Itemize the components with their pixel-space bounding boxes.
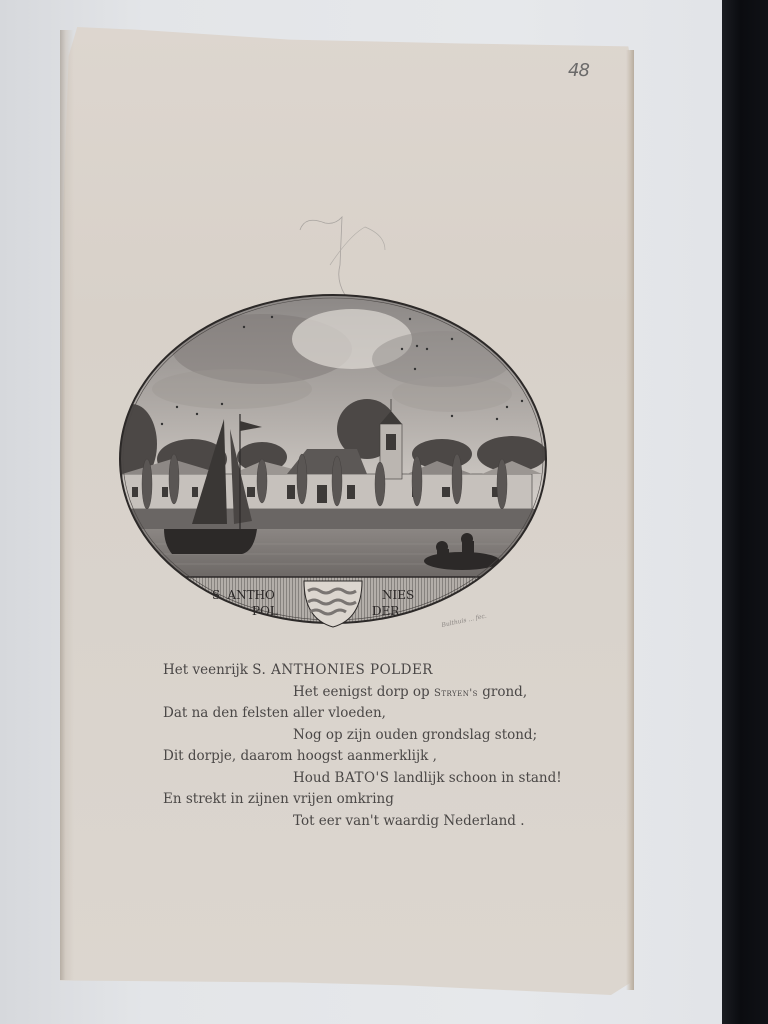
poem-text-fragment: Tot eer van't waardig Nederland .	[293, 813, 525, 829]
sheet-left-edge	[60, 30, 74, 980]
poem-line-5: Dit dorpje, daarom hoogst aanmerklijk ,	[163, 746, 603, 768]
poem-line-1: Het veenrijk S. ANTHONIES POLDER	[163, 660, 603, 682]
poem-text-fragment: Dit dorpje, daarom hoogst aanmerklijk ,	[163, 748, 437, 764]
cartouche-text-right-top: NIES	[382, 588, 414, 602]
cartouche-text-right-bottom: DER	[372, 604, 400, 618]
poem-text-fragment: Het veenrijk	[163, 662, 252, 678]
poem-line-3: Dat na den felsten aller vloeden,	[163, 703, 603, 725]
poem-line-8: Tot eer van't waardig Nederland .	[163, 811, 603, 833]
poem-title: S. ANTHONIES POLDER	[252, 662, 433, 678]
poem-text-fragment: Het eenigst dorp op	[293, 684, 434, 700]
poem-line-2: Het eenigst dorp op Stryen's grond,	[163, 682, 603, 704]
poem-name-bato: BATO'S	[335, 770, 390, 786]
poem-text-fragment: Houd	[293, 770, 335, 786]
poem-text-fragment: landlijk schoon in stand!	[390, 770, 562, 786]
dark-frame-edge	[722, 0, 768, 1024]
engraver-signature: Bulthuis ... fec.	[440, 613, 487, 630]
page-number: 48	[568, 60, 589, 81]
sheet-right-edge	[626, 50, 634, 990]
poem-line-7: En strekt in zijnen vrijen omkring	[163, 789, 603, 811]
poem-line-6: Houd BATO'S landlijk schoon in stand!	[163, 768, 603, 790]
poem-text-fragment: grond,	[478, 684, 527, 700]
cartouche-text-left-bottom: POL	[252, 604, 278, 618]
poem-text-fragment: Nog op zijn ouden grondslag stond;	[293, 727, 537, 743]
poem-text: Het veenrijk S. ANTHONIES POLDER Het een…	[163, 660, 603, 832]
poem-text-fragment: Dat na den felsten aller vloeden,	[163, 705, 386, 721]
poem-text-fragment: En strekt in zijnen vrijen omkring	[163, 791, 394, 807]
pencil-sketch-mark	[290, 205, 390, 295]
poem-line-4: Nog op zijn ouden grondslag stond;	[163, 725, 603, 747]
cartouche-text-left-top: S. ANTHO	[212, 588, 275, 602]
poem-smallcaps: Stryen's	[434, 688, 478, 699]
engraving-vignette: S. ANTHO POL NIES DER Bulthuis ... fec.	[112, 289, 554, 633]
